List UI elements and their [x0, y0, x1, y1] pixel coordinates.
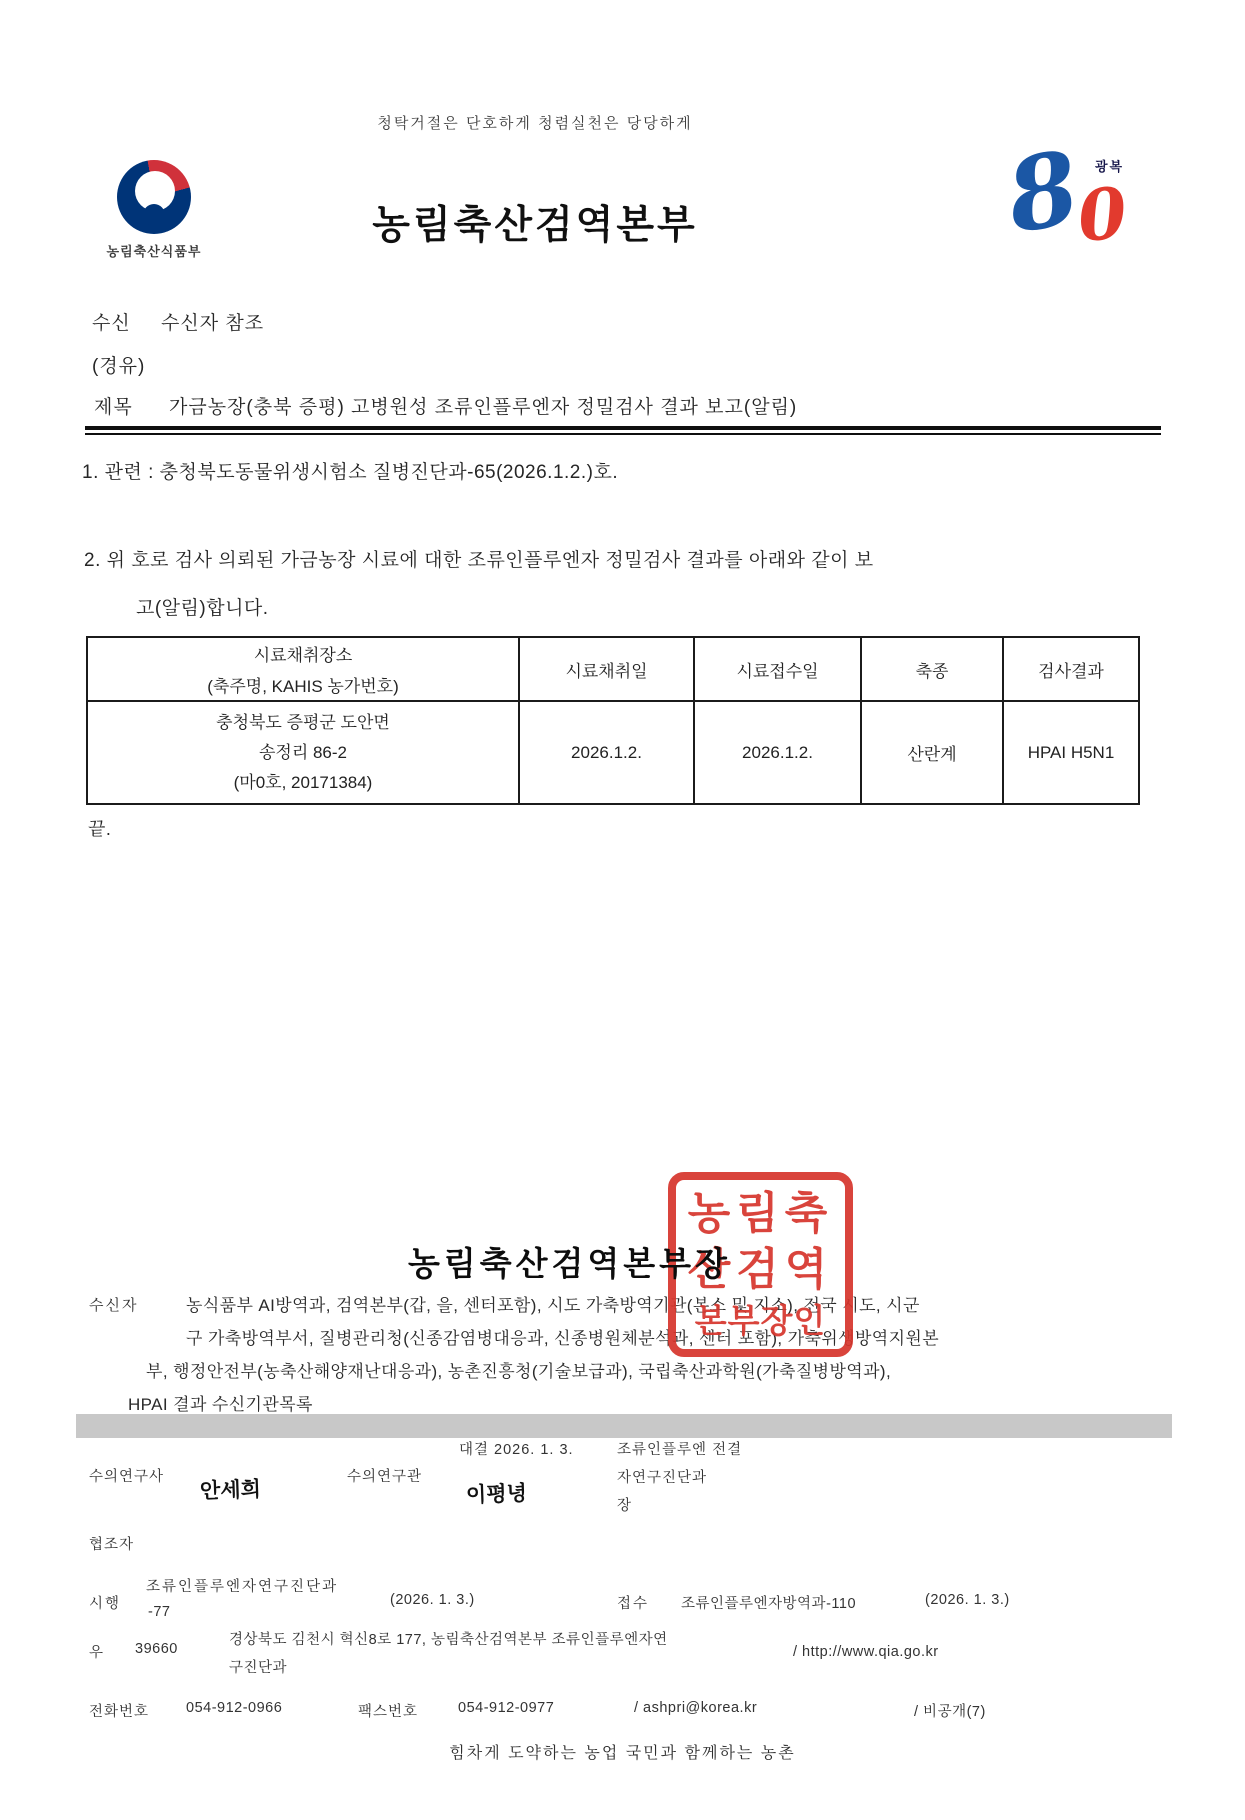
exec-dept-line2: -77 [148, 1604, 170, 1620]
header-result: 검사결과 [1003, 637, 1139, 701]
zip-code: 39660 [135, 1641, 178, 1657]
researcher-signature: 안세희 [199, 1473, 261, 1505]
cooperator-label: 협조자 [89, 1533, 134, 1554]
subject-label: 제목 [94, 397, 133, 418]
header-sample-place: 시료채취장소 (축주명, KAHIS 농가번호) [87, 637, 519, 701]
cell-result: HPAI H5N1 [1003, 701, 1139, 804]
document-page: 청탁거절은 단호하게 청렴실천은 당당하게 농림축산식품부 농림축산검역본부 8… [0, 0, 1245, 1820]
recipients-line-3: 부, 행정안전부(농축산해양재난대응과), 농촌진흥청(기술보급과), 국립축산… [146, 1357, 891, 1382]
subject-value: 가금농장(충북 증평) 고병원성 조류인플루엔자 정밀검사 결과 보고(알림) [169, 397, 797, 418]
address-line2: 구진단과 [229, 1656, 287, 1677]
receipt-label: 접수 [617, 1592, 649, 1613]
address-line1: 경상북도 김천시 혁신8로 177, 농림축산검역본부 조류인플루엔자연 [229, 1628, 668, 1649]
signer-title: 농림축산검역본부장 [408, 1238, 731, 1285]
cell-place-line2: 송정리 86-2 [88, 738, 518, 768]
cell-place-line3: (마0호, 20171384) [88, 768, 518, 798]
header-sampling-date: 시료채취일 [519, 637, 694, 701]
delegate-date: 대결 2026. 1. 3. [459, 1438, 574, 1459]
phone-label: 전화번호 [89, 1700, 149, 1721]
result-table: 시료채취장소 (축주명, KAHIS 농가번호) 시료채취일 시료접수일 축종 … [86, 636, 1140, 805]
result-table-wrap: 시료채취장소 (축주명, KAHIS 농가번호) 시료채취일 시료접수일 축종 … [86, 636, 1140, 805]
title-divider [85, 426, 1161, 435]
recipient-line: 수신 수신자 참조 [92, 308, 264, 335]
body-item-2-line-2: 고(알림)합니다. [136, 593, 269, 620]
recipients-label: 수신자 [89, 1294, 138, 1315]
exec-dept-line1: 조류인플루엔자연구진단과 [146, 1575, 338, 1596]
top-slogan: 청탁거절은 단호하게 청렴실천은 당당하게 [0, 112, 1070, 133]
redaction-bar [76, 1414, 1172, 1438]
recipient-label: 수신 [92, 313, 131, 334]
senior-researcher-signature: 이평녕 [465, 1477, 527, 1509]
anniv-digit-8: 8 [1000, 137, 1086, 248]
fax-label: 팩스번호 [358, 1700, 418, 1721]
header-sample-place-line1: 시료채취장소 [88, 641, 518, 666]
exec-label: 시행 [89, 1592, 121, 1613]
delegate-line-3: 장 [617, 1494, 632, 1515]
anniv-digit-0: 0 [1074, 178, 1130, 253]
anniv-label: 광복 [1095, 156, 1124, 175]
exec-date: (2026. 1. 3.) [390, 1592, 475, 1608]
researcher-title: 수의연구사 [89, 1465, 164, 1486]
fax-number: 054-912-0977 [458, 1700, 554, 1716]
recipient-value: 수신자 참조 [161, 313, 264, 334]
cell-place-line1: 충청북도 증평군 도안면 [88, 708, 518, 738]
disclosure-note: / 비공개(7) [914, 1700, 986, 1721]
delegate-line-2: 자연구진단과 [617, 1466, 707, 1487]
closing-mark: 끝. [88, 815, 111, 841]
email-address: / ashpri@korea.kr [634, 1700, 757, 1716]
subject-line: 제목 가금농장(충북 증평) 고병원성 조류인플루엔자 정밀검사 결과 보고(알… [94, 392, 797, 419]
cell-sampling-date: 2026.1.2. [519, 701, 694, 804]
zip-label: 우 [89, 1641, 105, 1662]
receipt-doc-number: 조류인플루엔자방역과-110 [681, 1592, 856, 1613]
body-item-2-line-1: 2. 위 호로 검사 의뢰된 가금농장 시료에 대한 조류인플루엔자 정밀검사 … [84, 545, 874, 572]
recipients-line-4: HPAI 결과 수신기관목록 [128, 1390, 313, 1415]
cell-receipt-date: 2026.1.2. [694, 701, 861, 804]
delegate-line-1: 조류인플루엔 전결 [617, 1438, 742, 1459]
senior-researcher-title: 수의연구관 [347, 1465, 422, 1486]
table-header-row: 시료채취장소 (축주명, KAHIS 농가번호) 시료채취일 시료접수일 축종 … [87, 637, 1139, 701]
header-receipt-date: 시료접수일 [694, 637, 861, 701]
stamp-text-row-3: 본부장인 [695, 1304, 827, 1337]
header-species: 축종 [861, 637, 1003, 701]
via-line: (경유) [92, 351, 145, 378]
cell-species: 산란계 [861, 701, 1003, 804]
header-sample-place-line2: (축주명, KAHIS 농가번호) [88, 672, 518, 697]
receipt-date: (2026. 1. 3.) [925, 1592, 1010, 1608]
website-url: / http://www.qia.go.kr [793, 1644, 939, 1660]
liberation-80-logo: 8 0 광복 [1000, 148, 1170, 258]
phone-number: 054-912-0966 [186, 1700, 282, 1716]
bottom-slogan: 힘차게 도약하는 농업 국민과 함께하는 농촌 [0, 1740, 1245, 1763]
body-item-1: 1. 관련 : 충청북도동물위생시험소 질병진단과-65(2026.1.2.)호… [82, 457, 618, 484]
stamp-text-row-1: 농림축 [688, 1192, 834, 1236]
cell-sample-place: 충청북도 증평군 도안면 송정리 86-2 (마0호, 20171384) [87, 701, 519, 804]
table-row: 충청북도 증평군 도안면 송정리 86-2 (마0호, 20171384) 20… [87, 701, 1139, 804]
